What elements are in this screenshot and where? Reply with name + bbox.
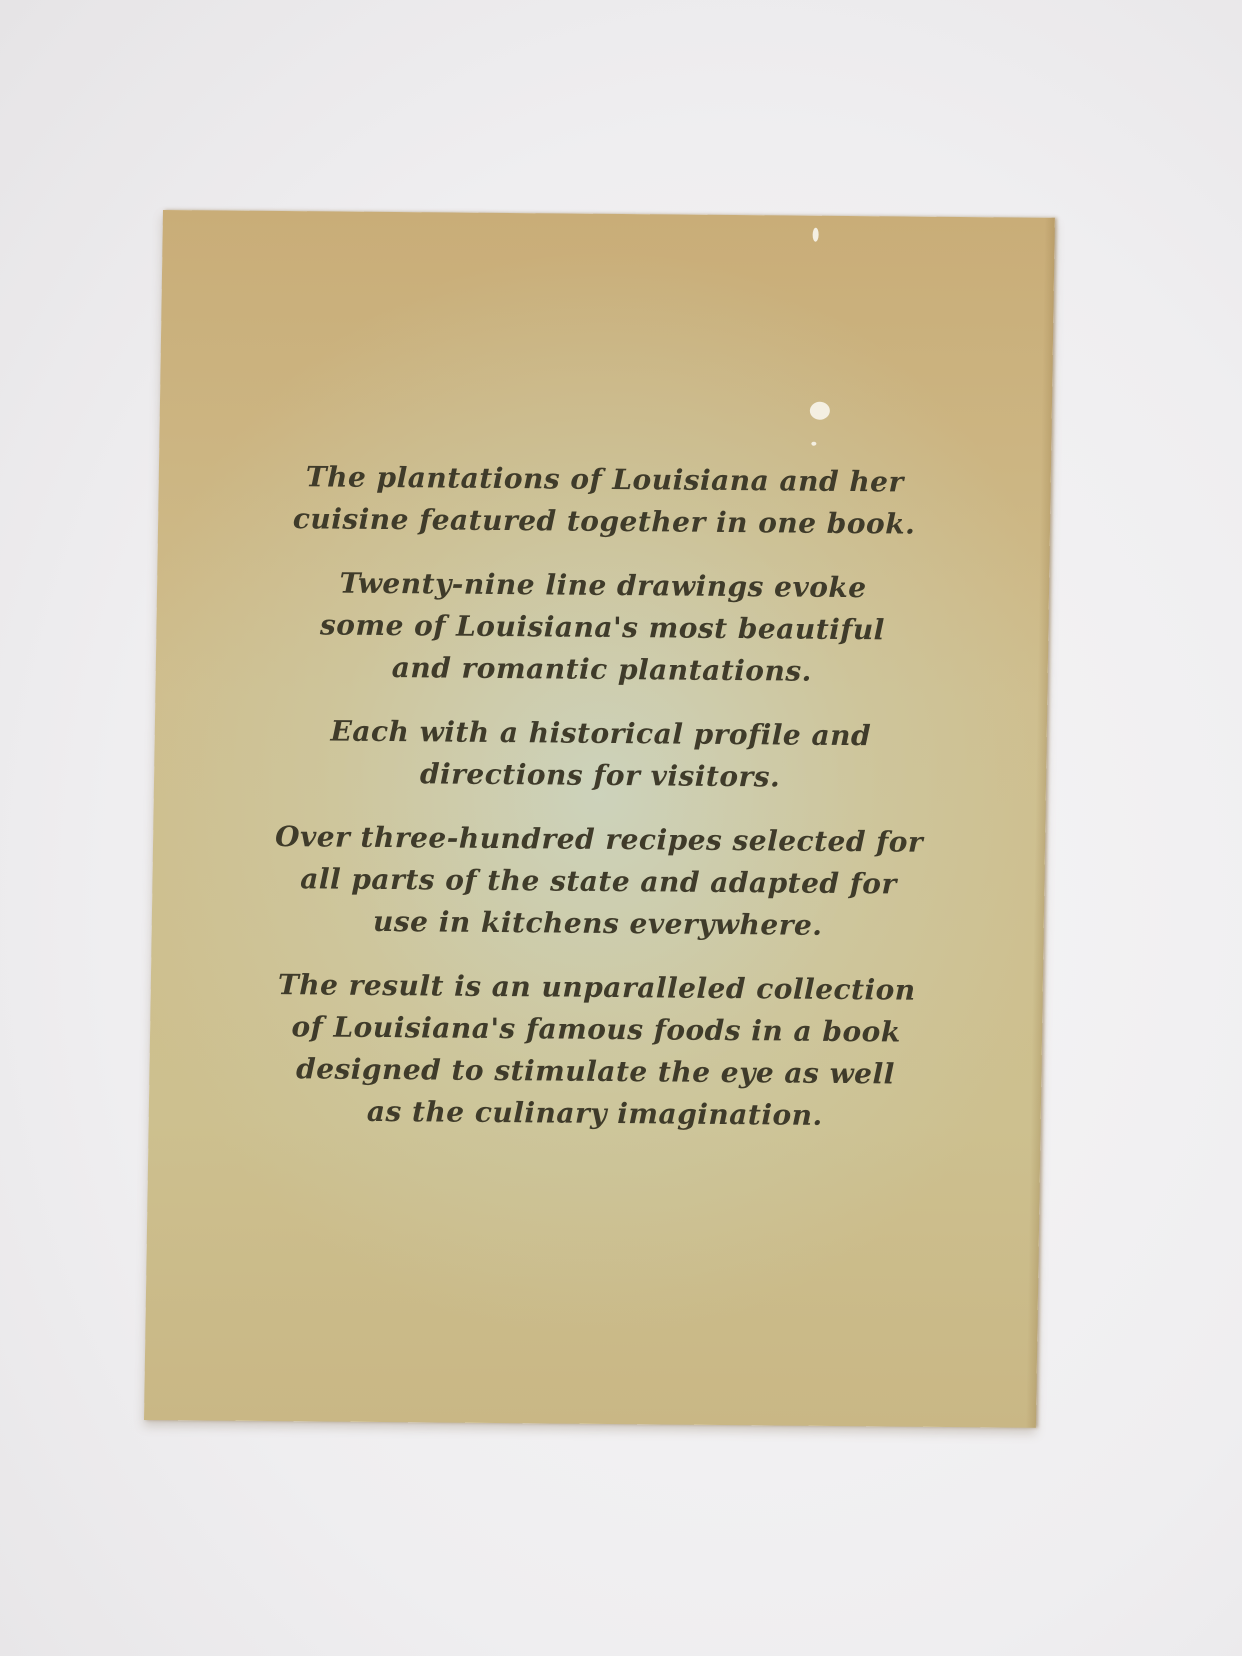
paint-chip (813, 228, 819, 242)
blurb-line: as the culinary imagination. (149, 1089, 1042, 1139)
blurb-line: directions for visitors. (154, 751, 1047, 801)
paint-chip (811, 442, 816, 446)
blurb-line: Over three-hundred recipes selected for (153, 815, 1046, 865)
blurb-line: and romantic plantations. (156, 645, 1049, 695)
paint-chip (810, 402, 830, 420)
cover-blurb: The plantations of Louisiana and her cui… (148, 455, 1051, 1161)
blurb-paragraph: Each with a historical profile and direc… (154, 709, 1047, 801)
blurb-line: The result is an unparalleled collection (151, 963, 1044, 1013)
blurb-paragraph: The result is an unparalleled collection… (149, 963, 1044, 1139)
blurb-line: cuisine featured together in one book. (158, 497, 1051, 547)
blurb-paragraph: Twenty-nine line drawings evoke some of … (156, 561, 1050, 695)
blurb-line: use in kitchens everywhere. (152, 899, 1045, 949)
blurb-paragraph: The plantations of Louisiana and her cui… (158, 455, 1051, 547)
blurb-paragraph: Over three-hundred recipes selected for … (152, 815, 1046, 949)
book-back-cover: The plantations of Louisiana and her cui… (144, 210, 1055, 1428)
